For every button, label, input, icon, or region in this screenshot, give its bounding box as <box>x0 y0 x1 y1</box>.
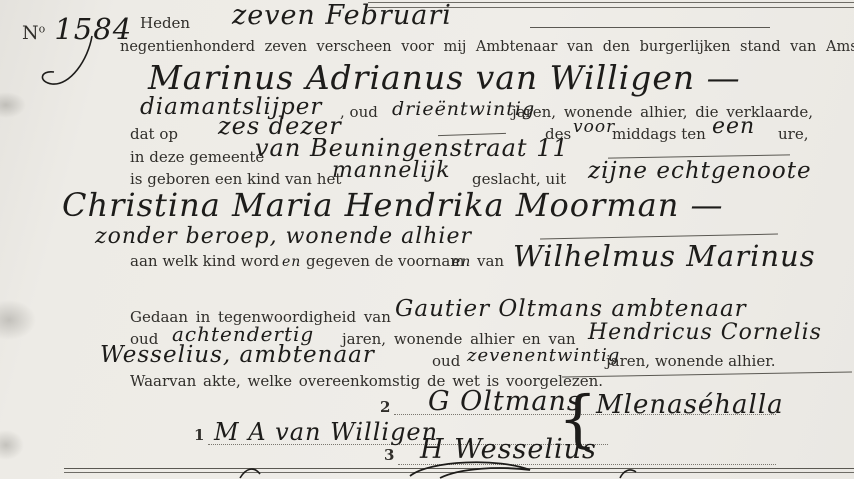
witness2-name-handwritten: Hendricus Cornelis <box>588 320 822 345</box>
scan-smudge <box>0 430 24 460</box>
grouping-brace: { <box>558 382 598 455</box>
relation-handwritten: zijne echtgenoote <box>588 158 812 184</box>
en-insert-handwritten: en <box>282 254 301 270</box>
after-age-text: jaren, wonende alhier, die verklaarde, <box>512 103 813 121</box>
ure-label: ure, <box>778 125 808 143</box>
oud-label-3: oud <box>432 352 460 370</box>
cutoff-handwriting-fragment <box>200 456 680 479</box>
birth-certificate-scan: No 1584 Heden zeven Februari negentienho… <box>0 0 854 479</box>
gender-handwritten: mannelijk <box>332 158 451 183</box>
en-insert2-handwritten: en <box>452 254 471 270</box>
mother-name-handwritten: Christina Maria Hendrika Moorman — <box>62 186 724 224</box>
closing-rule <box>562 371 852 377</box>
officiant-signature-handwritten: Mlenaséhalla <box>596 390 784 420</box>
signature-2-index: 2 <box>380 398 390 416</box>
witness1-handwritten: Gautier Oltmans ambtenaar <box>395 296 747 322</box>
date-handwritten: zeven Februari <box>232 0 452 31</box>
child-names-handwritten: Wilhelmus Marinus <box>513 239 816 273</box>
dat-op-label: dat op <box>130 125 178 143</box>
scan-smudge <box>0 300 36 340</box>
gemeente-label: in deze gemeente <box>130 148 264 166</box>
scan-smudge <box>0 92 26 118</box>
witness-tail-label: jaren, wonende alhier. <box>606 352 776 370</box>
signature-1-index: 1 <box>194 426 204 444</box>
child-mid-label: gegeven de voornam <box>306 252 465 270</box>
child-pre-label: aan welk kind word <box>130 252 279 270</box>
middags-ten-label: middags ten <box>612 125 706 143</box>
witness2-cont-handwritten: Wesselius, ambtenaar <box>100 342 375 368</box>
witness2-age-handwritten: zevenentwintig <box>467 345 620 366</box>
declarant-name-handwritten: Marinus Adrianus van Willigen — <box>148 58 741 97</box>
mother-status-handwritten: zonder beroep, wonende alhier <box>95 224 472 249</box>
signature-1-handwritten: M A van Willigen <box>214 418 438 446</box>
daypart-handwritten: voor <box>573 117 615 137</box>
van-label: van <box>477 252 504 270</box>
oud-label-1: , oud <box>340 103 378 121</box>
hour-handwritten: een <box>712 114 755 139</box>
heden-label: Heden <box>140 14 190 32</box>
intro-line: negentienhonderd zeven verscheen voor mi… <box>120 39 854 55</box>
date-fill-rule <box>530 27 770 28</box>
